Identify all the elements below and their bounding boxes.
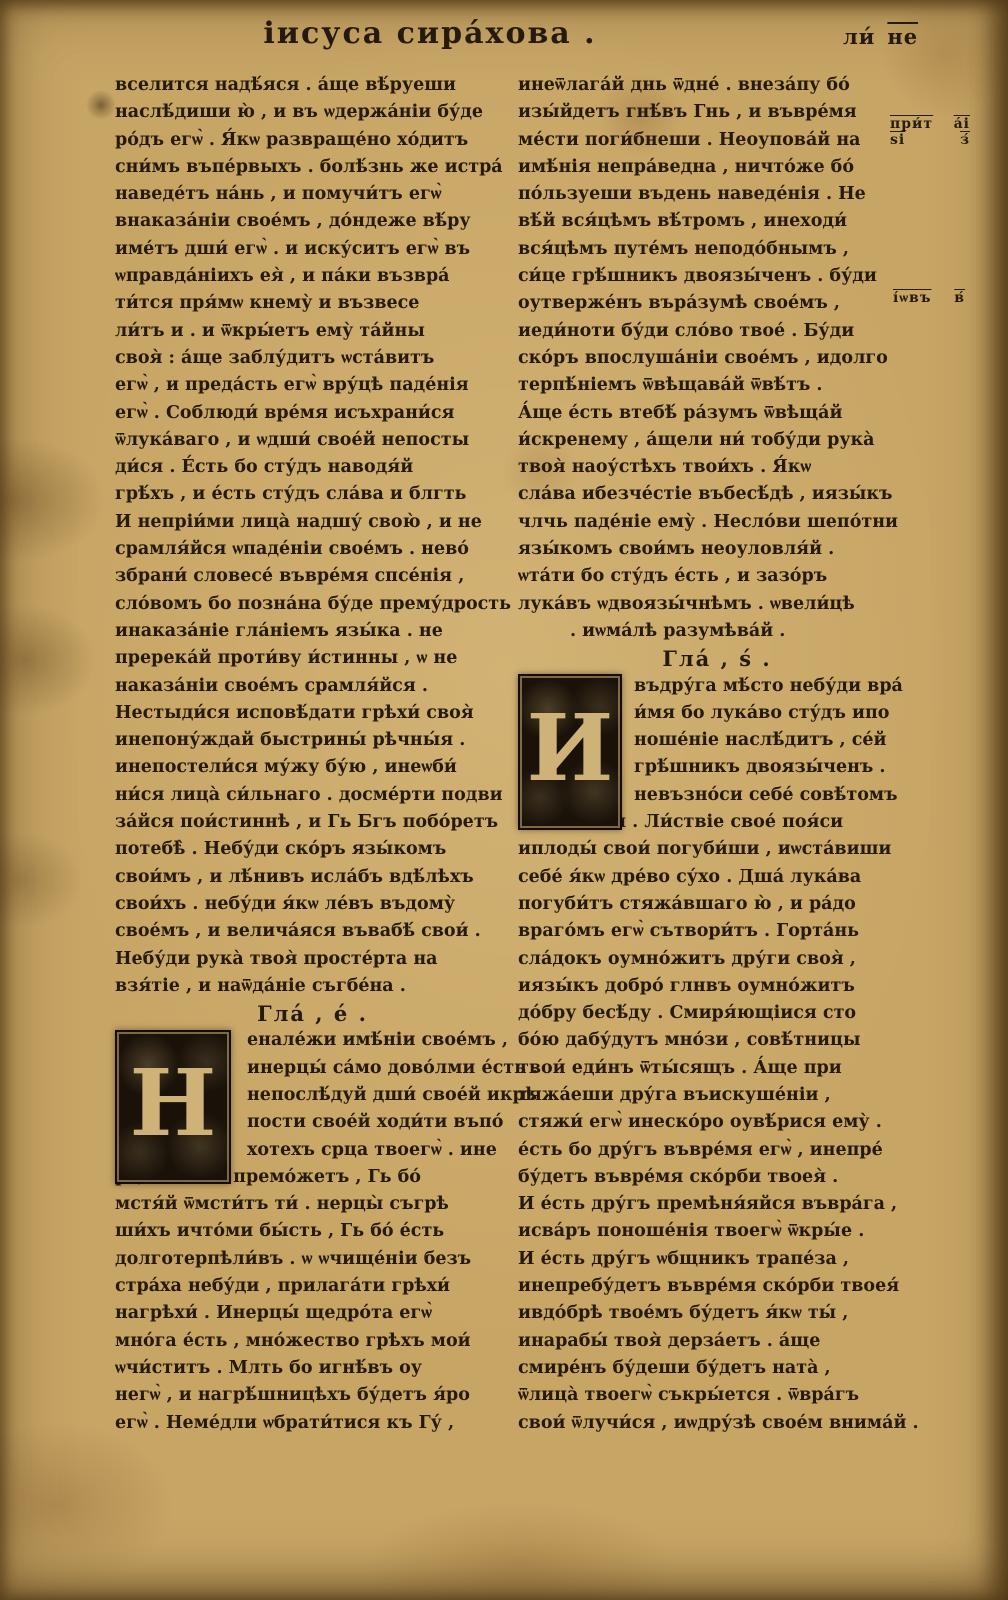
text-line: нагрѣхи́ . Инерцы́ щедро́та егѡ̀ (115, 1300, 510, 1327)
text-line: лука́въ ѡдвоязы́чнѣмъ . ѡвели́цѣ (518, 591, 916, 618)
text-line: егѡ̀ . Соблюди́ вре́мя исъхрани́ся (115, 400, 510, 427)
text-line: вселится надѣ́яся . а́ще вѣ́руеши (115, 72, 510, 99)
margin-reference-token: при́т (890, 116, 933, 132)
text-line: смире́нъ бу́деши бу́детъ ната̀ , (518, 1355, 916, 1382)
text-line: е́сть бо дру́гъ въвре́мя егѡ̀ , инепре́ (518, 1137, 916, 1164)
margin-reference-2: і́ѡвъв́ (893, 290, 965, 307)
text-line: егѡ̀ . Неме́дли ѡбрати́тися къ Гу́ , (115, 1410, 510, 1437)
text-line: свое́мъ , и велича́яся въвабѣ́ свои́ . (115, 918, 510, 945)
text-line: по́льзуеши въдень наведе́нія . Не (518, 181, 916, 208)
text-line: потебѣ̀ . Небу́ди ско́ръ язы́комъ (115, 836, 510, 863)
text-line: си́це грѣ́шникъ двоязы́ченъ . бу́ди (518, 263, 916, 290)
text-line: наведе́тъ на́нь , и помучи́тъ егѡ̀ (115, 181, 510, 208)
text-line: взя́тіе , и наѿда́ніе съгбе́на . (115, 973, 510, 1000)
text-line: стяжи́ егѡ̀ инеско́ро оувѣ́рися ему̀ . (518, 1109, 916, 1136)
margin-reference-token: в́ (954, 290, 965, 307)
text-line: збрани́ словесе́ въвре́мя спсе́нія , (115, 563, 510, 590)
text-line: ѿлица̀ твоегѡ̀ съкры́ется . ѿвра́гъ (518, 1382, 916, 1409)
text-line: исва́ръ поноше́нія твоегѡ̀ ѿкры́е . (518, 1218, 916, 1245)
dropcap-initial-chapter6: И (518, 674, 622, 830)
chapter-heading: Гла́ , е́ . (115, 1000, 510, 1027)
text-line: наказа́ніи свое́мъ срамля́йся . (115, 673, 510, 700)
text-line: инарабы́ твоя̀ дерза́етъ . а́ще (518, 1328, 916, 1355)
text-line: сни́мъ въпе́рвыхъ . болѣ́знь же истра́ (115, 154, 510, 181)
folio-mark: ли́ не (843, 24, 918, 49)
margin-reference-token: а́і (954, 116, 970, 132)
text-line: срамля́йся ѡпаде́ніи свое́мъ . нево́ (115, 536, 510, 563)
text-line: сло́вомъ бо позна́на бу́де прему́дрость (115, 591, 510, 618)
text-line: пререка́й проти́ву и́стинны , ѡ не (115, 645, 510, 672)
text-line: погуби́тъ стяжа́вшаго ю̀ , и ра́до (518, 891, 916, 918)
text-line: иеди́ноти бу́ди сло́во твое́ . Бу́ди (518, 318, 916, 345)
text-line: себе́ я́кѡ дре́во су́хо . Дша́ лука́ва (518, 864, 916, 891)
margin-reference-row: і́ѡвъв́ (893, 290, 965, 307)
text-line: своя̀ : а́ще заблу́дитъ ѡста́витъ (115, 345, 510, 372)
text-line: иплоды́ свои́ погуби́ши , иѡста́виши (518, 836, 916, 863)
text-line: мстя́й ѿмсти́тъ ти́ . нерцы̀ съгрѣ (115, 1191, 510, 1218)
folio-word: ли́ (843, 24, 875, 49)
chapter-heading: Гла́ , ѕ́ . (518, 645, 916, 672)
text-line: А́ще е́сть втебѣ́ ра́зумъ ѿвѣща́й (518, 400, 916, 427)
text-line: грѣ́хъ , и е́сть сту́дъ сла́ва и блгть (115, 481, 510, 508)
margin-reference-token: і́ѡвъ (893, 290, 931, 307)
dropcap-letter: Н (130, 1057, 217, 1149)
text-line: ро́дъ егѡ̀ . Я́кѡ развраще́но хо́дитъ (115, 127, 510, 154)
text-line: мно́га е́сть , мно́жество грѣхъ мои́ (115, 1328, 510, 1355)
text-line: ивдо́брѣ твое́мъ бу́детъ я́кѡ ты́ , (518, 1300, 916, 1327)
running-title: іисуса сира́хова . (120, 16, 740, 51)
text-line: враго́мъ егѡ̀ сътвори́тъ . Горта́нь (518, 918, 916, 945)
text-line: ме́сти поги́бнеши . Неоупова́й на (518, 127, 916, 154)
text-line: стра́ха небу́ди , прилага́ти грѣхи́ (115, 1273, 510, 1300)
text-line: егѡ̀ , и преда́сть егѡ̀ вру́цѣ паде́нія (115, 372, 510, 399)
text-line: свои́ ѿлучи́ся , иѡдру́зѣ свое́м внима́й… (518, 1410, 916, 1437)
text-line: изы́йдетъ гнѣ́въ Гнь , и въвре́мя (518, 99, 916, 126)
text-line: И е́сть дру́гъ ѡбщникъ трапе́за , (518, 1246, 916, 1273)
text-line: бо́ю дабу́дутъ мно́зи , совѣ́тницы (518, 1027, 916, 1054)
text-column-left: вселится надѣ́яся . а́ще вѣ́руешинаслѣ́д… (115, 72, 510, 1437)
text-line: И непріи́ми лица̀ надшу́ свою̀ , и не (115, 509, 510, 536)
text-line: инепостели́ся му́жу бу́ю , инеѡби́ (115, 754, 510, 781)
margin-reference-row: ѕіз́ (890, 132, 970, 148)
text-line: свои́хъ . небу́ди я́кѡ ле́въ въдому̀ (115, 891, 510, 918)
folio-number: не (887, 24, 918, 49)
text-line: инепребу́детъ въвре́мя ско́рби твоея́ (518, 1273, 916, 1300)
margin-reference-row: при́та́і (890, 116, 970, 132)
text-line: язы́комъ свои́мъ неоуловля́й . (518, 536, 916, 563)
text-line: долготерпѣли́въ . ѡ ѡчище́ніи безъ (115, 1246, 510, 1273)
dropcap-letter: И (527, 702, 614, 794)
text-line: сла́ва ибезче́стіе въбесѣ́дѣ , иязы́къ (518, 481, 916, 508)
text-line: имѣ́нія непра́ведна , ничто́же бо́ (518, 154, 916, 181)
text-line: име́тъ дши́ егѡ̀ . и иску́ситъ егѡ̀ въ (115, 236, 510, 263)
text-line: внаказа́ніи свое́мъ , до́ндеже вѣ́ру (115, 208, 510, 235)
text-line: ди́ся . Е́сть бо сту́дъ наводя́й (115, 454, 510, 481)
text-line: инепону́ждай быстрины́ рѣчны́я . (115, 727, 510, 754)
margin-reference-token: з́ (960, 132, 970, 148)
text-line: ти́тся пря́мѡ кнему̀ и възвесе (115, 290, 510, 317)
text-line: . иѡма́лѣ разумѣва́й . (518, 618, 916, 645)
text-line: сла́докъ оумно́житъ дру́ги своя̀ , (518, 946, 916, 973)
text-line: инаказа́ніе гла́ніемъ язы́ка . не (115, 618, 510, 645)
margin-reference-token: ѕі (890, 132, 905, 148)
text-line: ни́ся лица̀ си́льнаго . досме́рти подви (115, 782, 510, 809)
text-line: ѡта́ти бо сту́дъ е́сть , и зазо́ръ (518, 563, 916, 590)
text-line: ѡчи́ститъ . Млть бо игнѣ́въ оу (115, 1355, 510, 1382)
text-line: твои́ еди́нъ ѿты́сящъ . А́ще при (518, 1055, 916, 1082)
text-line: терпѣ́ніемъ ѿвѣщава́й ѿвѣ́тъ . (518, 372, 916, 399)
text-line: твоя̀ наоу́стѣхъ твои́хъ . Я́кѡ (518, 454, 916, 481)
text-line: ѿлука́ваго , и ѡдши́ свое́й непосты (115, 427, 510, 454)
text-line: тяжа́еши дру́га въискуше́ніи , (518, 1082, 916, 1109)
text-line: члчь паде́ніе ему̀ . Несло́ви шепо́тни (518, 509, 916, 536)
text-line: бу́детъ въвре́мя ско́рби твоея̀ . (518, 1164, 916, 1191)
text-line: за́йся пои́стиннѣ , и Гь Бгъ побо́ретъ (115, 809, 510, 836)
text-line: и́скренему , а́щели ни́ тобу́ди рука̀ (518, 427, 916, 454)
text-line: И е́сть дру́гъ премѣня́яйся въвра́га , (518, 1191, 916, 1218)
text-line: инеѿлага́й днь ѿдне́ . внеза́пу бо́ (518, 72, 916, 99)
text-line: наслѣ́диши ю̀ , и въ ѡдержа́ніи бу́де (115, 99, 510, 126)
text-line: ѡправда́ніихъ ея̀ , и па́ки възвра́ (115, 263, 510, 290)
text-line: ли́тъ и . и ѿкры́етъ ему̀ та́йны (115, 318, 510, 345)
text-line: иязы́къ добро́ глнвъ оумно́житъ (518, 973, 916, 1000)
book-page: іисуса сира́хова . ли́ не вселится надѣ́… (0, 0, 1008, 1600)
text-line: оутверже́нъ въра́зумѣ свое́мъ , (518, 290, 916, 317)
text-line: Небу́ди рука̀ твоя̀ просте́рта на (115, 946, 510, 973)
text-line: вся́цѣмъ путе́мъ неподо́бнымъ , (518, 236, 916, 263)
text-line: ско́ръ впослуша́ніи свое́мъ , идолго (518, 345, 916, 372)
text-line: Нестыди́ся исповѣ́дати грѣхи́ своя̀ (115, 700, 510, 727)
text-line: ши́хъ ичто́ми бы́сть , Гь бо́ е́сть (115, 1218, 510, 1245)
dropcap-initial-chapter5: Н (115, 1030, 231, 1184)
text-line: свои́мъ , и лѣ́нивъ исла́бъ вдѣ́лѣхъ (115, 864, 510, 891)
text-line: негѡ̀ , и нагрѣ́шницѣхъ бу́детъ я́ро (115, 1382, 510, 1409)
margin-reference-1: при́та́і ѕіз́ (890, 116, 970, 148)
text-line: вѣ́й вся́цѣмъ вѣ́тромъ , инеходи́ (518, 208, 916, 235)
text-line: до́бру бесѣ́ду . Смиря́ющіися сто (518, 1000, 916, 1027)
